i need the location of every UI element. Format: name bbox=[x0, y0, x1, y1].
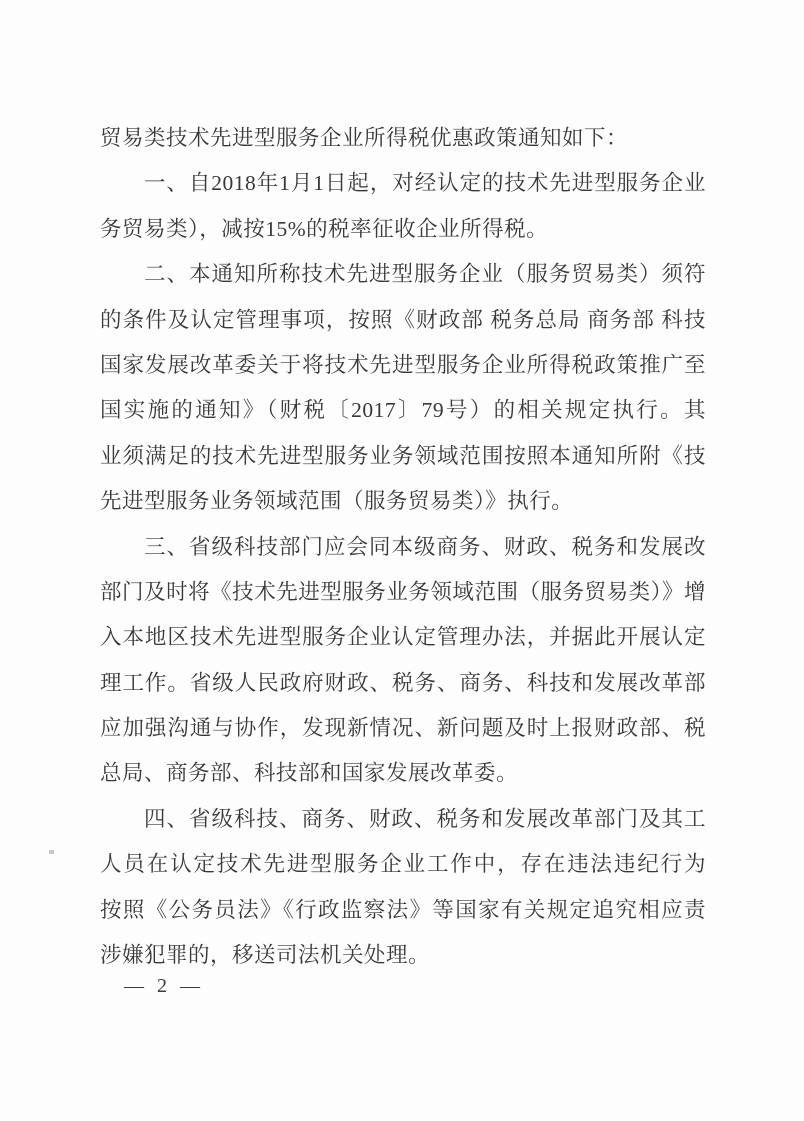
page-number: — 2 — bbox=[124, 972, 204, 1000]
document-line: 国家发展改革委关于将技术先进型服务企业所得税政策推广至全 bbox=[100, 343, 706, 388]
document-line: 入本地区技术先进型服务企业认定管理办法，并据此开展认定管 bbox=[100, 615, 706, 660]
document-line: 一、自2018年1月1日起，对经认定的技术先进型服务企业（服 bbox=[100, 161, 706, 206]
document-line: 部门及时将《技术先进型服务业务领域范围（服务贸易类）》增补 bbox=[100, 570, 706, 615]
document-body: 贸易类技术先进型服务企业所得税优惠政策通知如下： 一、自2018年1月1日起，对… bbox=[100, 116, 706, 978]
document-line: 务贸易类），减按15%的税率征收企业所得税。 bbox=[100, 207, 706, 252]
document-line: 四、省级科技、商务、财政、税务和发展改革部门及其工作 bbox=[100, 797, 706, 842]
document-line: 三、省级科技部门应会同本级商务、财政、税务和发展改革 bbox=[100, 525, 706, 570]
document-line: 国实施的通知》（财税〔2017〕79号）的相关规定执行。其中，企 bbox=[100, 388, 706, 433]
document-line: 理工作。省级人民政府财政、税务、商务、科技和发展改革部门 bbox=[100, 661, 706, 706]
document-line: 应加强沟通与协作，发现新情况、新问题及时上报财政部、税务 bbox=[100, 706, 706, 751]
document-line: 业须满足的技术先进型服务业务领域范围按照本通知所附《技术 bbox=[100, 434, 706, 479]
document-line: 按照《公务员法》《行政监察法》等国家有关规定追究相应责任； bbox=[100, 888, 706, 933]
document-line: 总局、商务部、科技部和国家发展改革委。 bbox=[100, 751, 706, 796]
document-page: 贸易类技术先进型服务企业所得税优惠政策通知如下： 一、自2018年1月1日起，对… bbox=[0, 0, 804, 1121]
scan-artifact bbox=[49, 850, 54, 854]
document-line: 先进型服务业务领域范围（服务贸易类）》执行。 bbox=[100, 479, 706, 524]
document-line: 的条件及认定管理事项，按照《财政部 税务总局 商务部 科技部 bbox=[100, 298, 706, 343]
document-line: 贸易类技术先进型服务企业所得税优惠政策通知如下： bbox=[100, 116, 706, 161]
document-line: 人员在认定技术先进型服务企业工作中，存在违法违纪行为的， bbox=[100, 842, 706, 887]
document-line: 二、本通知所称技术先进型服务企业（服务贸易类）须符合 bbox=[100, 252, 706, 297]
